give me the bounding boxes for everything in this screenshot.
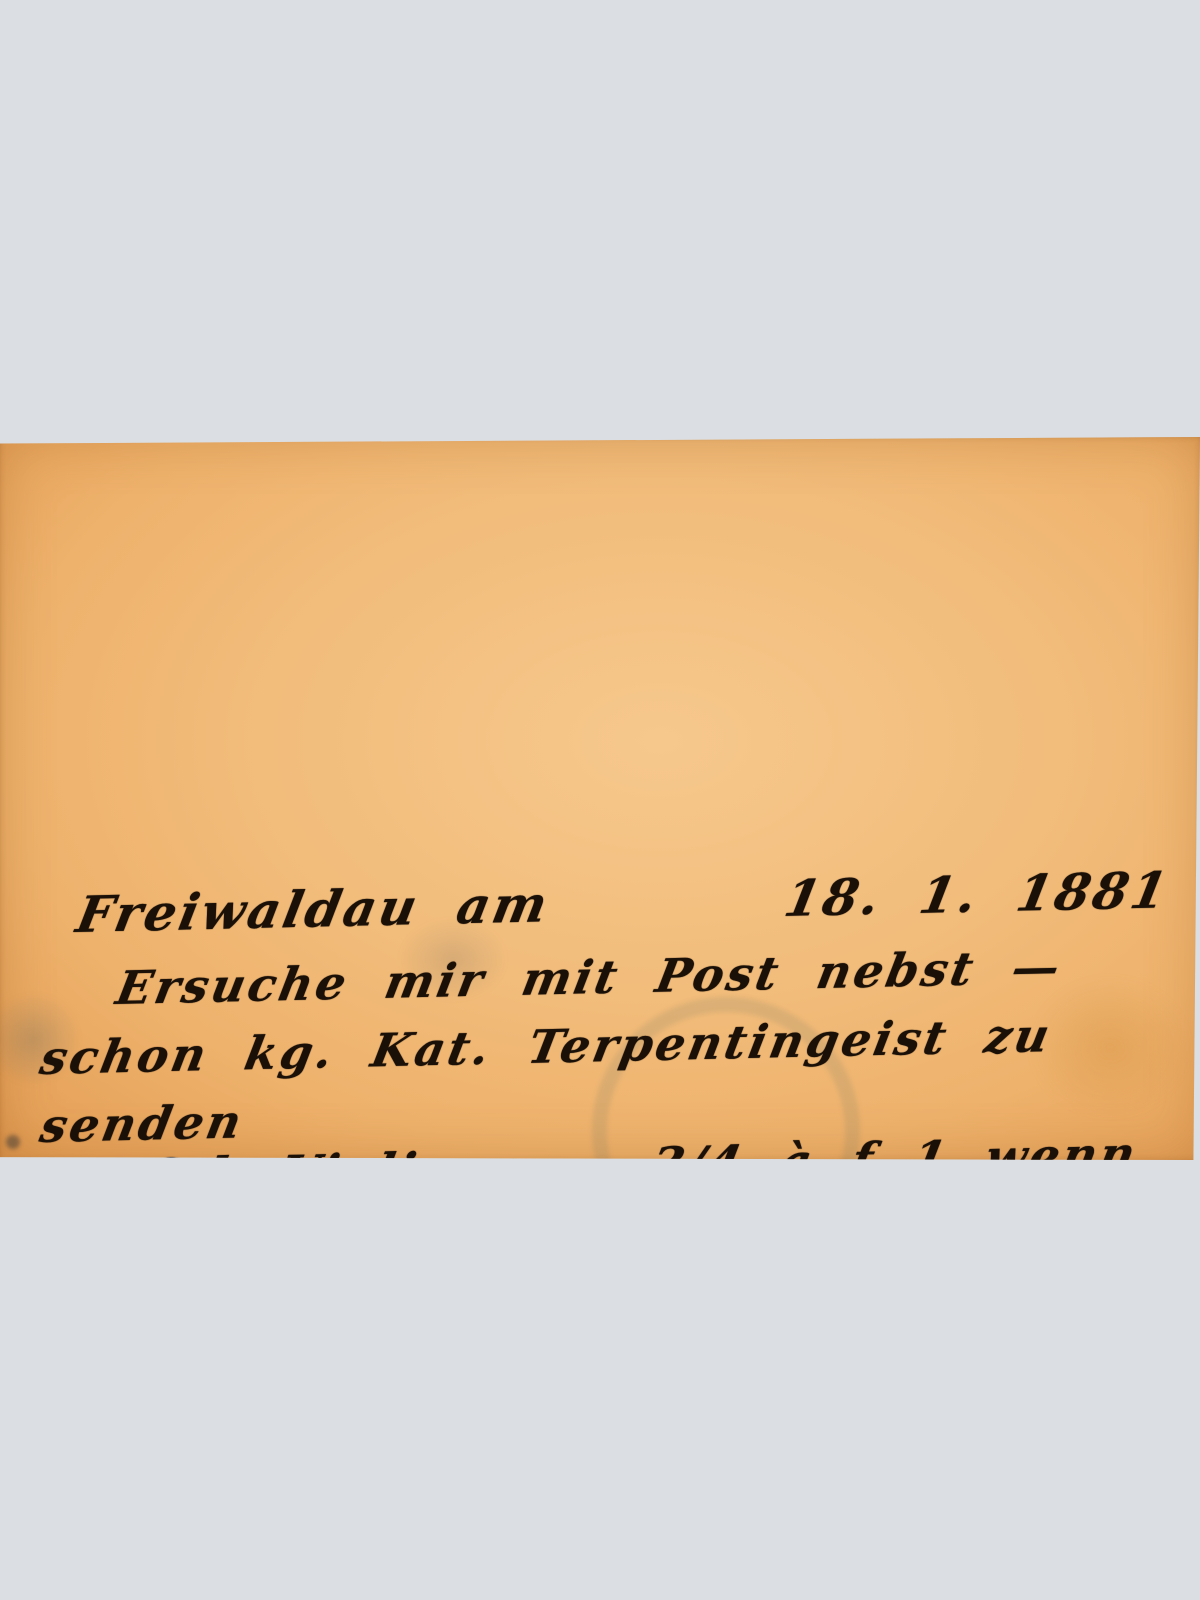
- paper-stain: [60, 1467, 180, 1537]
- dateline-place: Freiwaldau am: [72, 874, 555, 944]
- postscript-note: 3 Dz. Colofonium: [10, 1485, 542, 1550]
- handwriting-line: Ersuche mir mit Post nebst —: [112, 940, 1067, 1015]
- closing-salutation: Achtungsvoll: [512, 1398, 918, 1465]
- photo-background: Freiwaldau am18. 1. 1881 Ersuche mir mit…: [0, 0, 1200, 1600]
- dateline: Freiwaldau am18. 1. 1881: [72, 860, 1175, 944]
- signature: Wilh. Seifert: [636, 1475, 1075, 1546]
- handwriting-line: schon kg. Kat. Terpentingeist zu: [36, 1008, 1057, 1085]
- handwriting-line: senden: [36, 1094, 249, 1153]
- signature-flourish: [700, 1484, 1189, 1517]
- dateline-date: 18. 1. 1881: [780, 860, 1175, 928]
- postcard: Freiwaldau am18. 1. 1881 Ersuche mir mit…: [0, 437, 1200, 1160]
- paper-stain: [1030, 977, 1190, 1117]
- handwriting-line: 12 Stk Violin Bogen fein t —: [56, 1335, 1024, 1413]
- handwriting-line: als Kinderspielerei, und: [26, 1276, 781, 1348]
- handwriting-line: selbe aber etwas moderner sind, nicht: [40, 1201, 1200, 1280]
- handwriting-line: Waaren , —: [50, 1413, 429, 1477]
- ink-dot: [6, 1135, 20, 1149]
